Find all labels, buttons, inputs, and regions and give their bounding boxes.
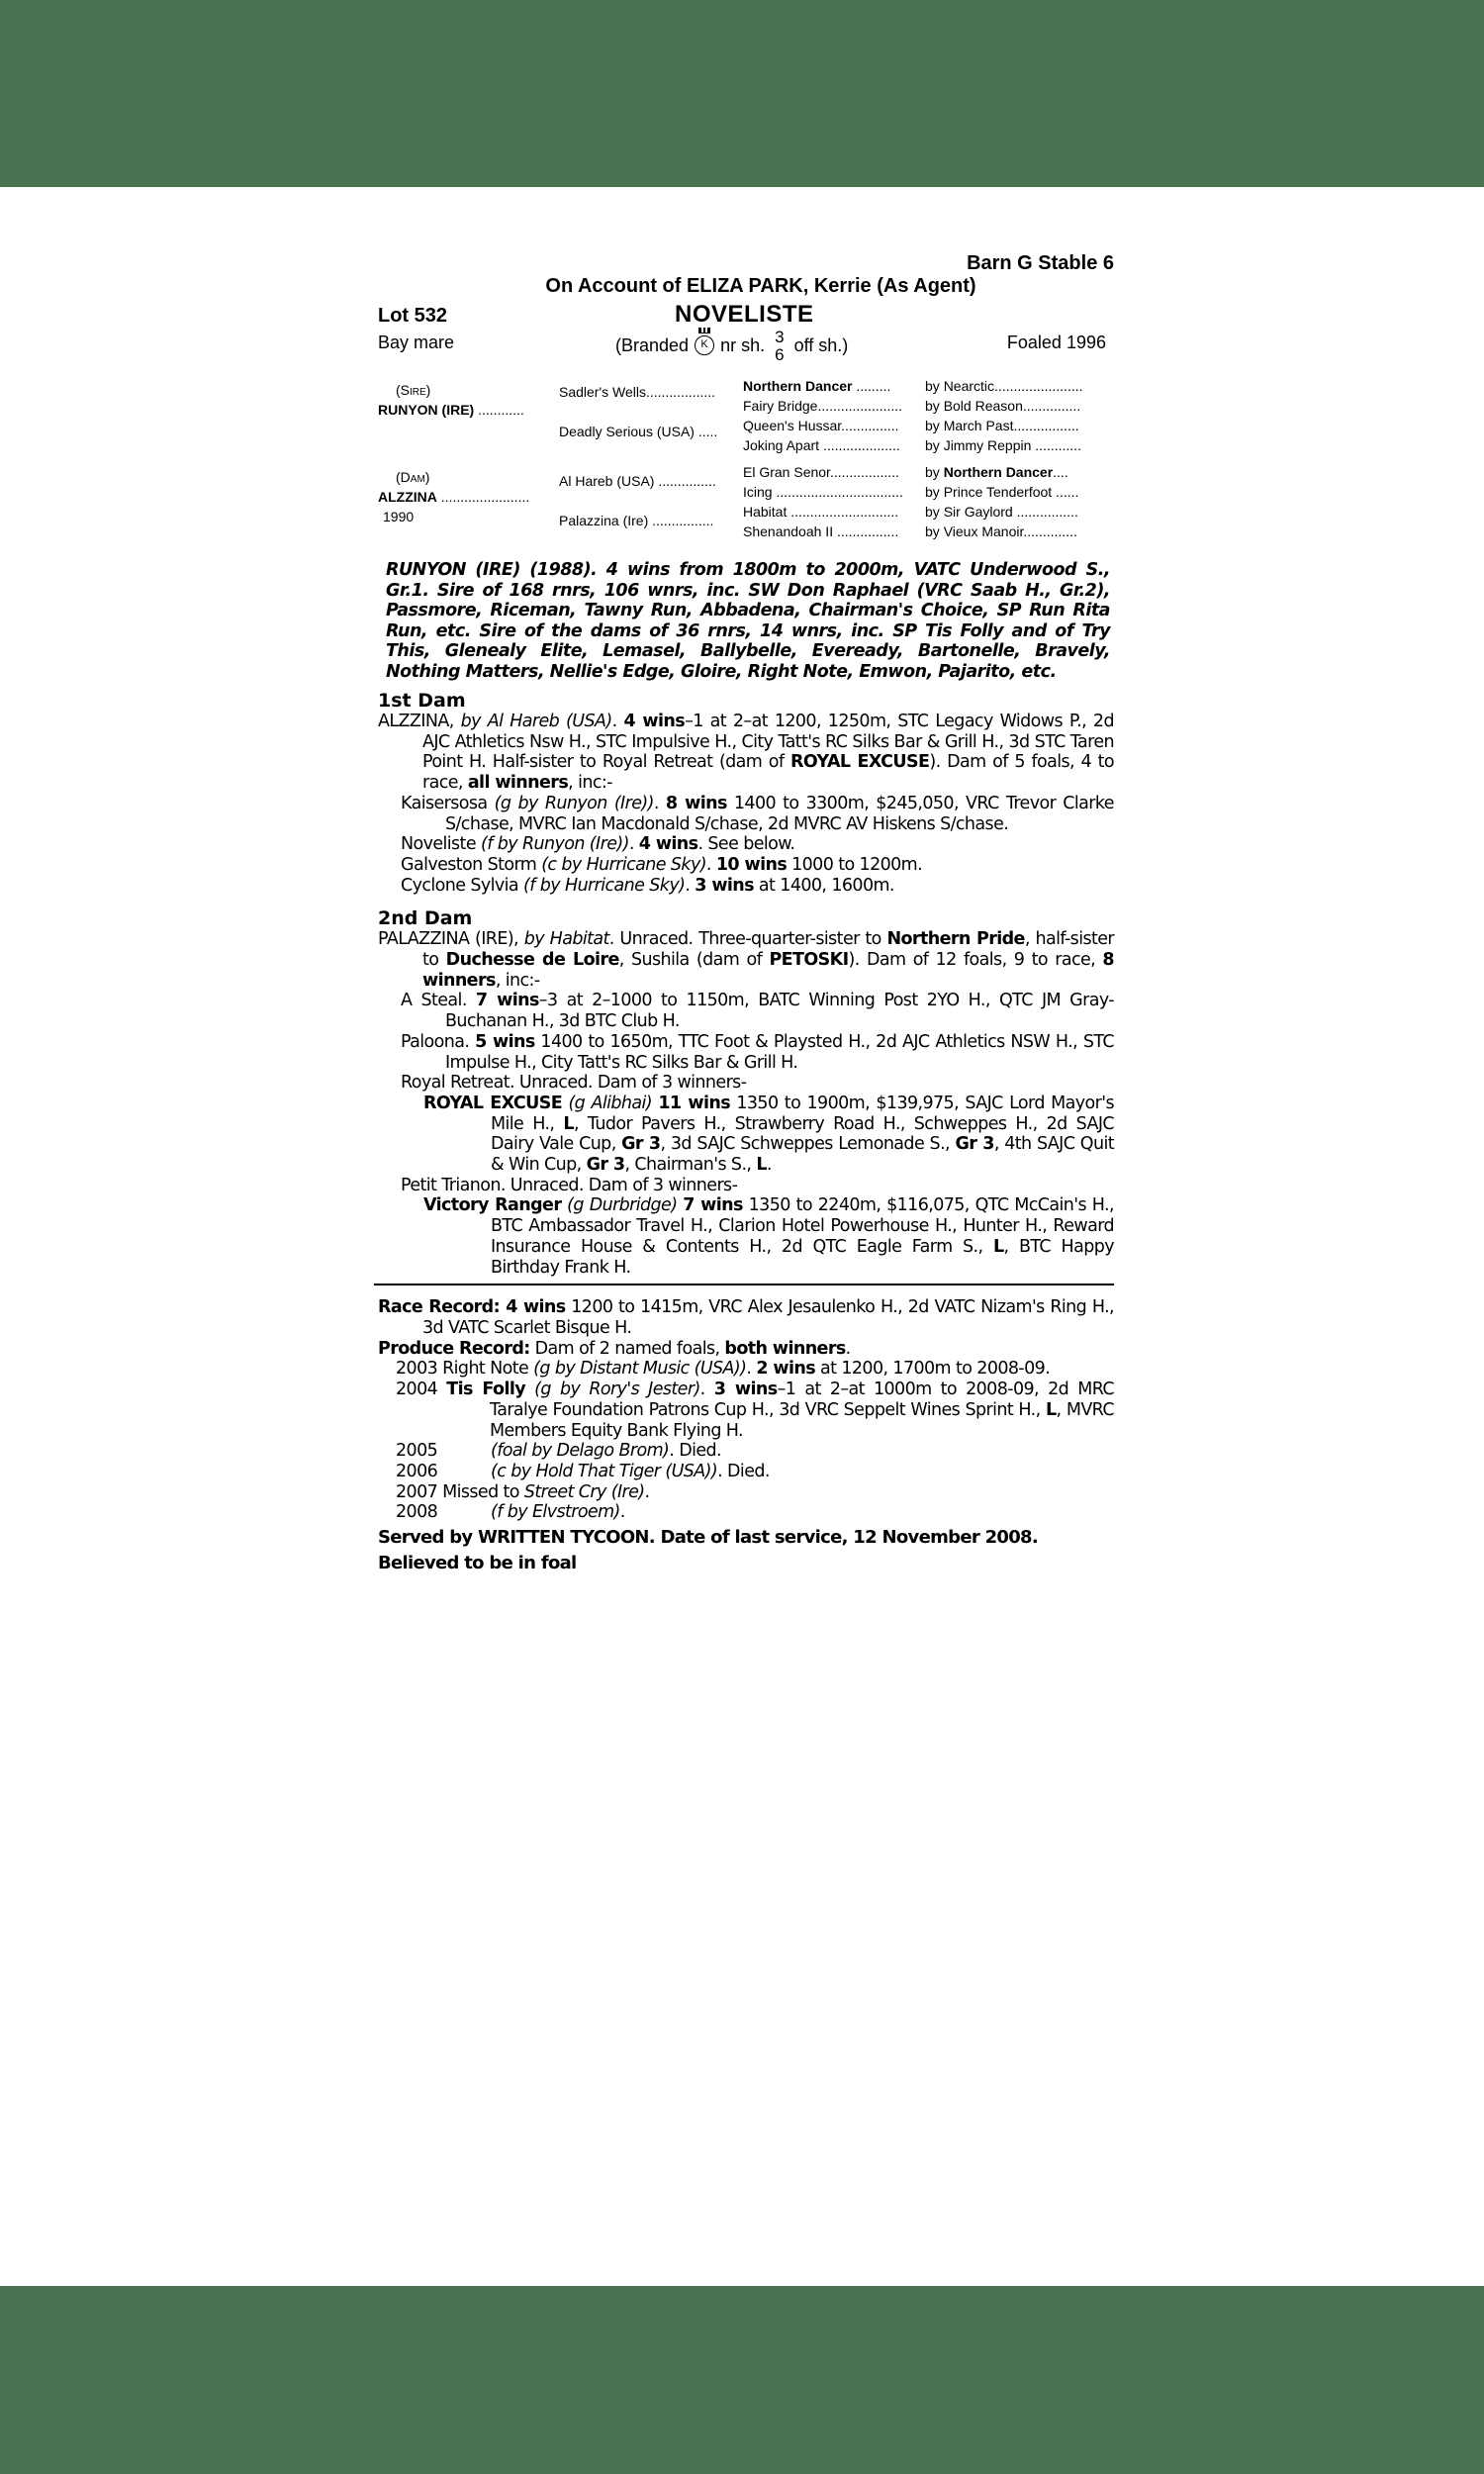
sire-label: (Sire) bbox=[396, 380, 430, 400]
gen4-4: by Jimmy Reppin ............ bbox=[925, 435, 1081, 455]
progeny-item: Galveston Storm (c by Hurricane Sky). 10… bbox=[378, 855, 1114, 876]
produce-entry: 2005(foal by Delago Brom). Died. bbox=[378, 1441, 1114, 1462]
crowned-k-brand-icon: K bbox=[695, 335, 714, 355]
produce-entry: 2006(c by Hold That Tiger (USA)). Died. bbox=[378, 1462, 1114, 1482]
produce-entry: 2004 Tis Folly (g by Rory's Jester). 3 w… bbox=[378, 1380, 1114, 1441]
brand-mid: nr sh. bbox=[720, 335, 765, 356]
sire-name: RUNYON (IRE) ............ bbox=[378, 400, 524, 420]
race-record: Race Record: 4 wins 1200 to 1415m, VRC A… bbox=[378, 1297, 1114, 1338]
gen4-7: by Sir Gaylord ................ bbox=[925, 502, 1078, 522]
vendor-account: On Account of ELIZA PARK, Kerrie (As Age… bbox=[378, 275, 1114, 297]
gen3-7: Habitat ............................ bbox=[743, 502, 898, 522]
produce-entry: 2003 Right Note (g by Distant Music (USA… bbox=[378, 1359, 1114, 1380]
horse-sex: Bay mare bbox=[378, 333, 454, 353]
brand-row: Bay mare (Branded K nr sh. 3 6 off sh.) … bbox=[378, 331, 1114, 366]
progeny-item: Paloona. 5 wins 1400 to 1650m, TTC Foot … bbox=[378, 1032, 1114, 1073]
dam-name: ALZZINA ....................... bbox=[378, 487, 529, 507]
gen3-6: Icing ................................. bbox=[743, 482, 903, 502]
second-dam-heading: 2nd Dam bbox=[378, 907, 1114, 929]
in-foal-note: Believed to be in foal bbox=[378, 1551, 1114, 1576]
gen4-1: by Nearctic....................... bbox=[925, 376, 1083, 396]
brand-suffix: off sh.) bbox=[794, 335, 849, 356]
dam-year: 1990 bbox=[383, 507, 414, 526]
gen4-3: by March Past................. bbox=[925, 416, 1079, 435]
service-note: Served by WRITTEN TYCOON. Date of last s… bbox=[378, 1525, 1114, 1551]
grandsire-maternal: Al Hareb (USA) ............... bbox=[559, 471, 716, 491]
horse-name: NOVELISTE bbox=[675, 301, 814, 329]
pedigree-table: (Sire) RUNYON (IRE) ............ (Dam) A… bbox=[378, 376, 1114, 556]
first-dam-heading: 1st Dam bbox=[378, 690, 1114, 712]
produce-record: Produce Record: Dam of 2 named foals, bo… bbox=[378, 1339, 1114, 1360]
granddam-paternal: Deadly Serious (USA) ..... bbox=[559, 422, 717, 441]
brand-prefix: (Branded bbox=[615, 335, 689, 356]
gen4-5: by Northern Dancer.... bbox=[925, 462, 1068, 482]
gen4-2: by Bold Reason............... bbox=[925, 396, 1080, 416]
section-divider bbox=[374, 1284, 1114, 1285]
gen3-1: Northern Dancer ......... bbox=[743, 376, 890, 396]
produce-entry: 2007 Missed to Street Cry (Ire). bbox=[378, 1482, 1114, 1503]
dam-label: (Dam) bbox=[396, 467, 429, 487]
first-dam-intro: ALZZINA, by Al Hareb (USA). 4 wins–1 at … bbox=[378, 712, 1114, 794]
brand-number-bottom: 6 bbox=[775, 346, 784, 364]
progeny-item: Noveliste (f by Runyon (Ire)). 4 wins. S… bbox=[378, 834, 1114, 855]
granddam-maternal: Palazzina (Ire) ................ bbox=[559, 511, 713, 530]
produce-entry: 2008(f by Elvstroem). bbox=[378, 1502, 1114, 1523]
second-dam-intro: PALAZZINA (IRE), by Habitat. Unraced. Th… bbox=[378, 929, 1114, 991]
sire-summary: RUNYON (IRE) (1988). 4 wins from 1800m t… bbox=[378, 560, 1114, 682]
gen3-8: Shenandoah II ................ bbox=[743, 522, 898, 541]
gen4-6: by Prince Tenderfoot ...... bbox=[925, 482, 1078, 502]
gen3-4: Joking Apart .................... bbox=[743, 435, 900, 455]
stable-location: Barn G Stable 6 bbox=[378, 251, 1114, 275]
bottom-green-band bbox=[0, 2286, 1484, 2474]
progeny-item: Kaisersosa (g by Runyon (Ire)). 8 wins 1… bbox=[378, 794, 1114, 834]
gen4-8: by Vieux Manoir.............. bbox=[925, 522, 1077, 541]
lot-number: Lot 532 bbox=[378, 305, 447, 328]
grandsire-paternal: Sadler's Wells.................. bbox=[559, 382, 715, 402]
progeny-item: Cyclone Sylvia (f by Hurricane Sky). 3 w… bbox=[378, 876, 1114, 897]
catalogue-page: Barn G Stable 6 On Account of ELIZA PARK… bbox=[378, 251, 1114, 1576]
grand-progeny-item: ROYAL EXCUSE (g Alibhai) 11 wins 1350 to… bbox=[378, 1094, 1114, 1176]
foaled-year: Foaled 1996 bbox=[1007, 333, 1106, 353]
brand-number-top: 3 bbox=[775, 329, 784, 346]
brand-number: 3 6 bbox=[775, 329, 784, 364]
brand-description: (Branded K nr sh. 3 6 off sh.) bbox=[615, 333, 848, 358]
lot-row: Lot 532 NOVELISTE bbox=[378, 301, 1114, 331]
progeny-item: Royal Retreat. Unraced. Dam of 3 winners… bbox=[378, 1073, 1114, 1094]
gen3-2: Fairy Bridge...................... bbox=[743, 396, 902, 416]
progeny-item: Petit Trianon. Unraced. Dam of 3 winners… bbox=[378, 1176, 1114, 1196]
grand-progeny-item: Victory Ranger (g Durbridge) 7 wins 1350… bbox=[378, 1195, 1114, 1278]
gen3-3: Queen's Hussar............... bbox=[743, 416, 899, 435]
gen3-5: El Gran Senor.................. bbox=[743, 462, 899, 482]
progeny-item: A Steal. 7 wins–3 at 2–1000 to 1150m, BA… bbox=[378, 991, 1114, 1031]
top-green-band bbox=[0, 0, 1484, 187]
